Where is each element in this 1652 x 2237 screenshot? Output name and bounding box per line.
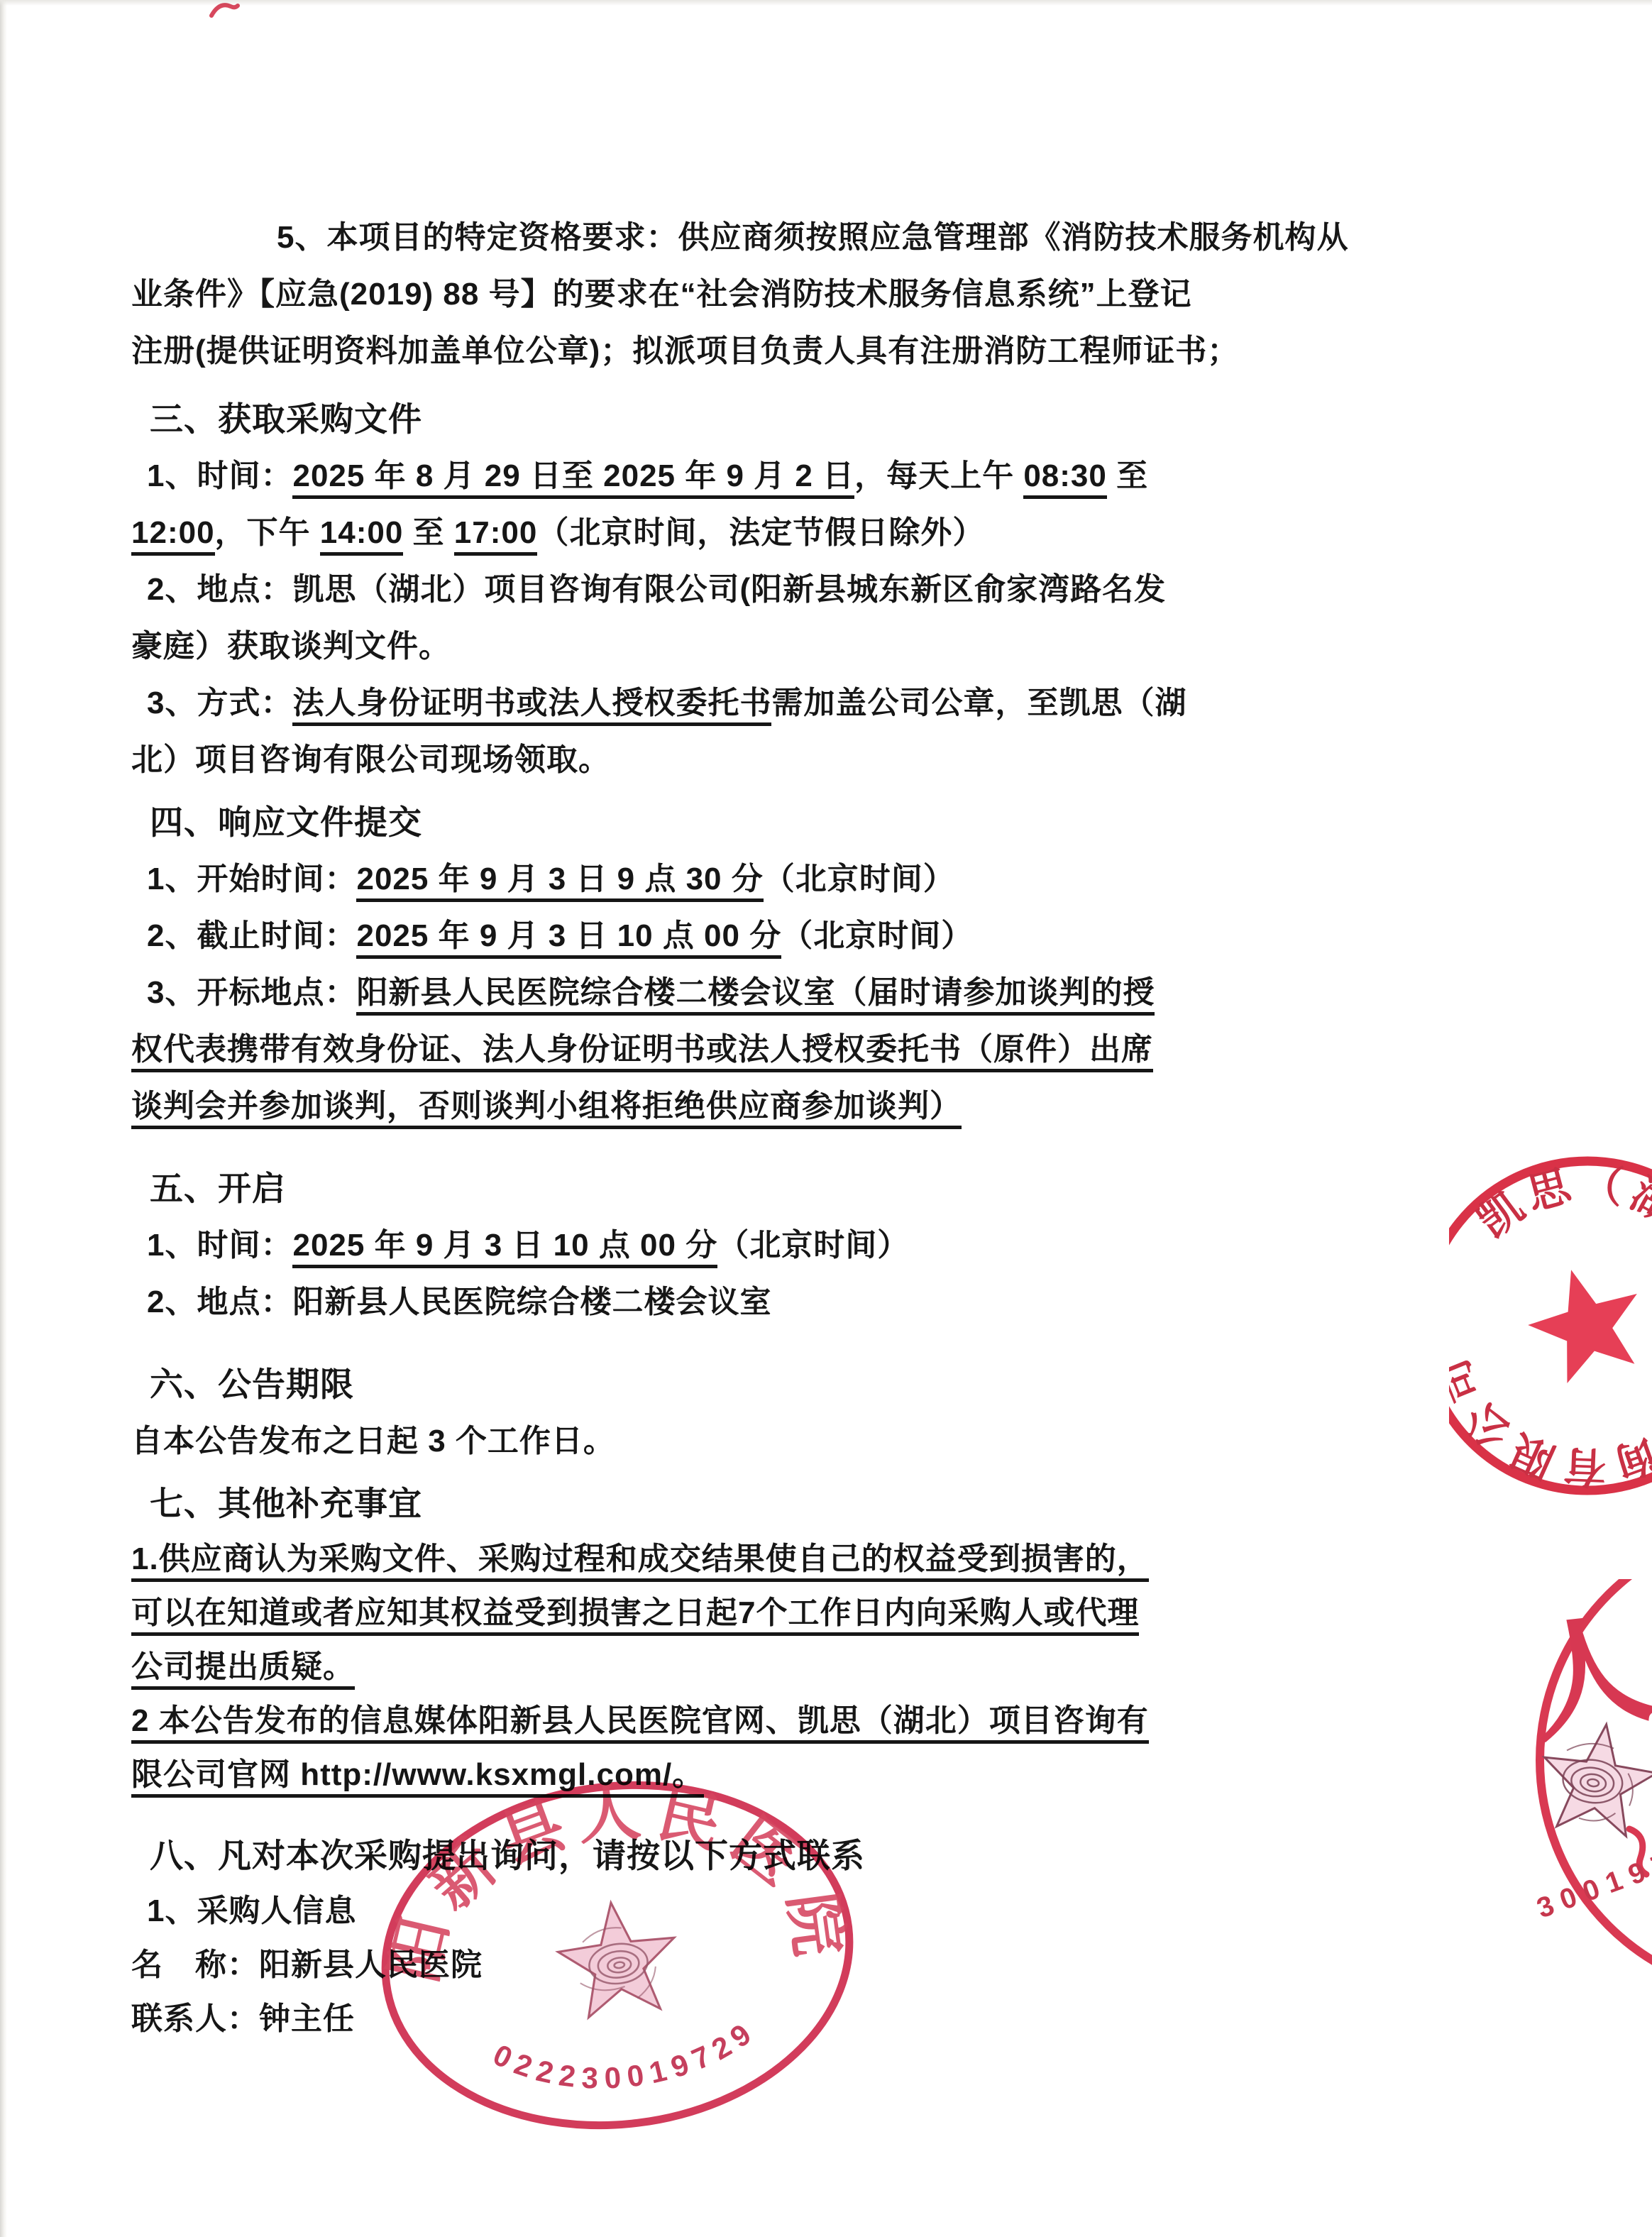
underlined-text-segment: 2025 年 8 月 29 日至 2025 年 9 月 2 日: [292, 458, 854, 499]
red-ink-mark: [208, 0, 241, 20]
partial-seal-stamp: 人 3001972: [1462, 1579, 1652, 1966]
seal-star-icon: [1516, 1254, 1652, 1389]
scan-edge-shadow-top: [0, 0, 1652, 6]
doc-line: 豪庭）获取谈判文件。: [131, 618, 1533, 675]
text-segment: 豪庭）获取谈判文件。: [131, 629, 451, 664]
text-segment: 1、时间：: [147, 458, 292, 493]
doc-line: 3、开标地点：阳新县人民医院综合楼二楼会议室（届时请参加谈判的授: [131, 964, 1533, 1021]
text-segment: ，下午: [215, 515, 320, 550]
underlined-text-segment: 17:00: [454, 515, 538, 556]
text-segment: 四、响应文件提交: [150, 803, 422, 841]
section-heading-line: 七、其他补充事宜: [131, 1475, 1533, 1532]
doc-line: 3、方式：法人身份证明书或法人授权委托书需加盖公司公章，至凯思（湖: [131, 675, 1533, 732]
underlined-text-segment: 08:30: [1023, 458, 1107, 499]
underlined-text-segment: 阳新县人民医院综合楼二楼会议室（届时请参加谈判的授: [356, 975, 1155, 1016]
text-segment: 自本公告发布之日起 3 个工作日。: [131, 1424, 615, 1458]
doc-line: 1、时间：2025 年 8 月 29 日至 2025 年 9 月 2 日，每天上…: [131, 448, 1533, 505]
section-heading-line: 五、开启: [131, 1160, 1533, 1217]
text-segment: 3、开标地点：: [147, 975, 356, 1010]
text-segment: 2、地点：凯思（湖北）项目咨询有限公司(阳新县城东新区俞家湾路名发: [147, 572, 1166, 607]
underlined-text-segment: 法人身份证明书或法人授权委托书: [292, 686, 771, 726]
text-segment: 业条件》【应急(2019) 88 号】的要求在“社会消防技术服务信息系统”上登记: [131, 277, 1192, 312]
text-segment: 1、采购人信息: [147, 1894, 356, 1928]
seal-serial-number: 022230019729: [485, 2006, 767, 2110]
text-segment: 联系人：钟主任: [131, 2001, 355, 2036]
text-segment: 需加盖公司公章，至凯思（湖: [771, 686, 1186, 720]
underlined-text-segment: 2025 年 9 月 3 日 9 点 30 分: [356, 862, 763, 902]
doc-line: 2、地点：凯思（湖北）项目咨询有限公司(阳新县城东新区俞家湾路名发: [131, 561, 1533, 618]
seal-big-char: 人: [1514, 1597, 1652, 1758]
text-segment: （北京时间）: [717, 1228, 909, 1263]
underlined-text-segment: 14:00: [320, 515, 404, 556]
scan-edge-shadow: [0, 0, 7, 2237]
text-segment: 五、开启: [150, 1170, 286, 1207]
underlined-text-segment: 公司提出质疑。: [131, 1649, 355, 1690]
doc-line: 1、开始时间：2025 年 9 月 3 日 9 点 30 分（北京时间）: [131, 851, 1533, 908]
underlined-text-segment: 权代表携带有效身份证、法人身份证明书或法人授权委托书（原件）出席: [131, 1032, 1153, 1072]
text-segment: 六、公告期限: [150, 1365, 354, 1403]
section-heading-line: 四、响应文件提交: [131, 794, 1533, 851]
doc-line: 2、截止时间：2025 年 9 月 3 日 10 点 00 分（北京时间）: [131, 908, 1533, 964]
text-segment: 七、其他补充事宜: [150, 1485, 422, 1522]
doc-line: 业条件》【应急(2019) 88 号】的要求在“社会消防技术服务信息系统”上登记: [131, 266, 1533, 323]
doc-line: 谈判会并参加谈判，否则谈判小组将拒绝供应商参加谈判）: [131, 1078, 1533, 1135]
underlined-text-segment: 谈判会并参加谈判，否则谈判小组将拒绝供应商参加谈判）: [131, 1089, 962, 1129]
doc-line: 自本公告发布之日起 3 个工作日。: [131, 1413, 1533, 1470]
text-segment: 3、方式：: [147, 686, 292, 720]
doc-line: 5、本项目的特定资格要求：供应商须按照应急管理部《消防技术服务机构从: [131, 209, 1533, 266]
underlined-text-segment: 2025 年 9 月 3 日 10 点 00 分: [292, 1228, 717, 1268]
fingerprint-star-icon: [553, 1896, 682, 2020]
underlined-text-segment: 12:00: [131, 515, 215, 556]
section-heading-line: 六、公告期限: [131, 1356, 1533, 1413]
doc-line: 1.供应商认为采购文件、采购过程和成交结果使自己的权益受到损害的，: [131, 1532, 1533, 1586]
doc-line: 2、地点：阳新县人民医院综合楼二楼会议室: [131, 1274, 1533, 1331]
text-segment: 2、截止时间：: [147, 918, 356, 953]
text-segment: 1、时间：: [147, 1228, 292, 1263]
scanned-document-page: { "doc": { "lines": [ {"cls":"p-first","…: [0, 0, 1652, 2237]
text-segment: 三、获取采购文件: [150, 400, 422, 438]
text-segment: 2、地点：阳新县人民医院综合楼二楼会议室: [147, 1285, 771, 1319]
doc-line: 公司提出质疑。: [131, 1640, 1533, 1694]
underlined-text-segment: 2025 年 9 月 3 日 10 点 00 分: [356, 918, 781, 959]
section-heading-line: 三、获取采购文件: [131, 391, 1533, 448]
text-segment: 至: [1107, 458, 1148, 493]
svg-text:022230019729: 022230019729: [485, 2006, 767, 2110]
text-segment: （北京时间）: [781, 918, 973, 953]
hospital-seal-stamp: 阳新县人民医院 022230019729: [369, 1771, 866, 2147]
text-segment: ，每天上午: [854, 458, 1023, 493]
doc-line: 权代表携带有效身份证、法人身份证明书或法人授权委托书（原件）出席: [131, 1021, 1533, 1078]
doc-line: 12:00，下午 14:00 至 17:00（北京时间，法定节假日除外）: [131, 505, 1533, 561]
doc-line: 可以在知道或者应知其权益受到损害之日起7个工作日内向采购人或代理: [131, 1586, 1533, 1640]
doc-line: 注册(提供证明资料加盖单位公章)；拟派项目负责人具有注册消防工程师证书；: [131, 323, 1533, 380]
doc-line: 2 本公告发布的信息媒体阳新县人民医院官网、凯思（湖北）项目咨询有: [131, 1694, 1533, 1748]
text-segment: （北京时间，法定节假日除外）: [537, 515, 984, 550]
doc-line: 1、时间：2025 年 9 月 3 日 10 点 00 分（北京时间）: [131, 1217, 1533, 1274]
underlined-text-segment: 可以在知道或者应知其权益受到损害之日起7个工作日内向采购人或代理: [131, 1595, 1139, 1636]
text-segment: 北）项目咨询有限公司现场领取。: [131, 742, 610, 777]
text-segment: 1、开始时间：: [147, 862, 356, 896]
text-segment: 注册(提供证明资料加盖单位公章)；拟派项目负责人具有注册消防工程师证书；: [131, 334, 1239, 368]
doc-line: 北）项目咨询有限公司现场领取。: [131, 732, 1533, 788]
text-segment: 至: [403, 515, 453, 550]
underlined-text-segment: 1.供应商认为采购文件、采购过程和成交结果使自己的权益受到损害的，: [131, 1541, 1149, 1582]
text-segment: 5、本项目的特定资格要求：供应商须按照应急管理部《消防技术服务机构从: [277, 220, 1348, 255]
text-segment: （北京时间）: [764, 862, 955, 896]
underlined-text-segment: 2 本公告发布的信息媒体阳新县人民医院官网、凯思（湖北）项目咨询有: [131, 1703, 1149, 1744]
agency-seal-stamp: 凯思（湖北）项目咨询有限公司: [1449, 1148, 1652, 1532]
